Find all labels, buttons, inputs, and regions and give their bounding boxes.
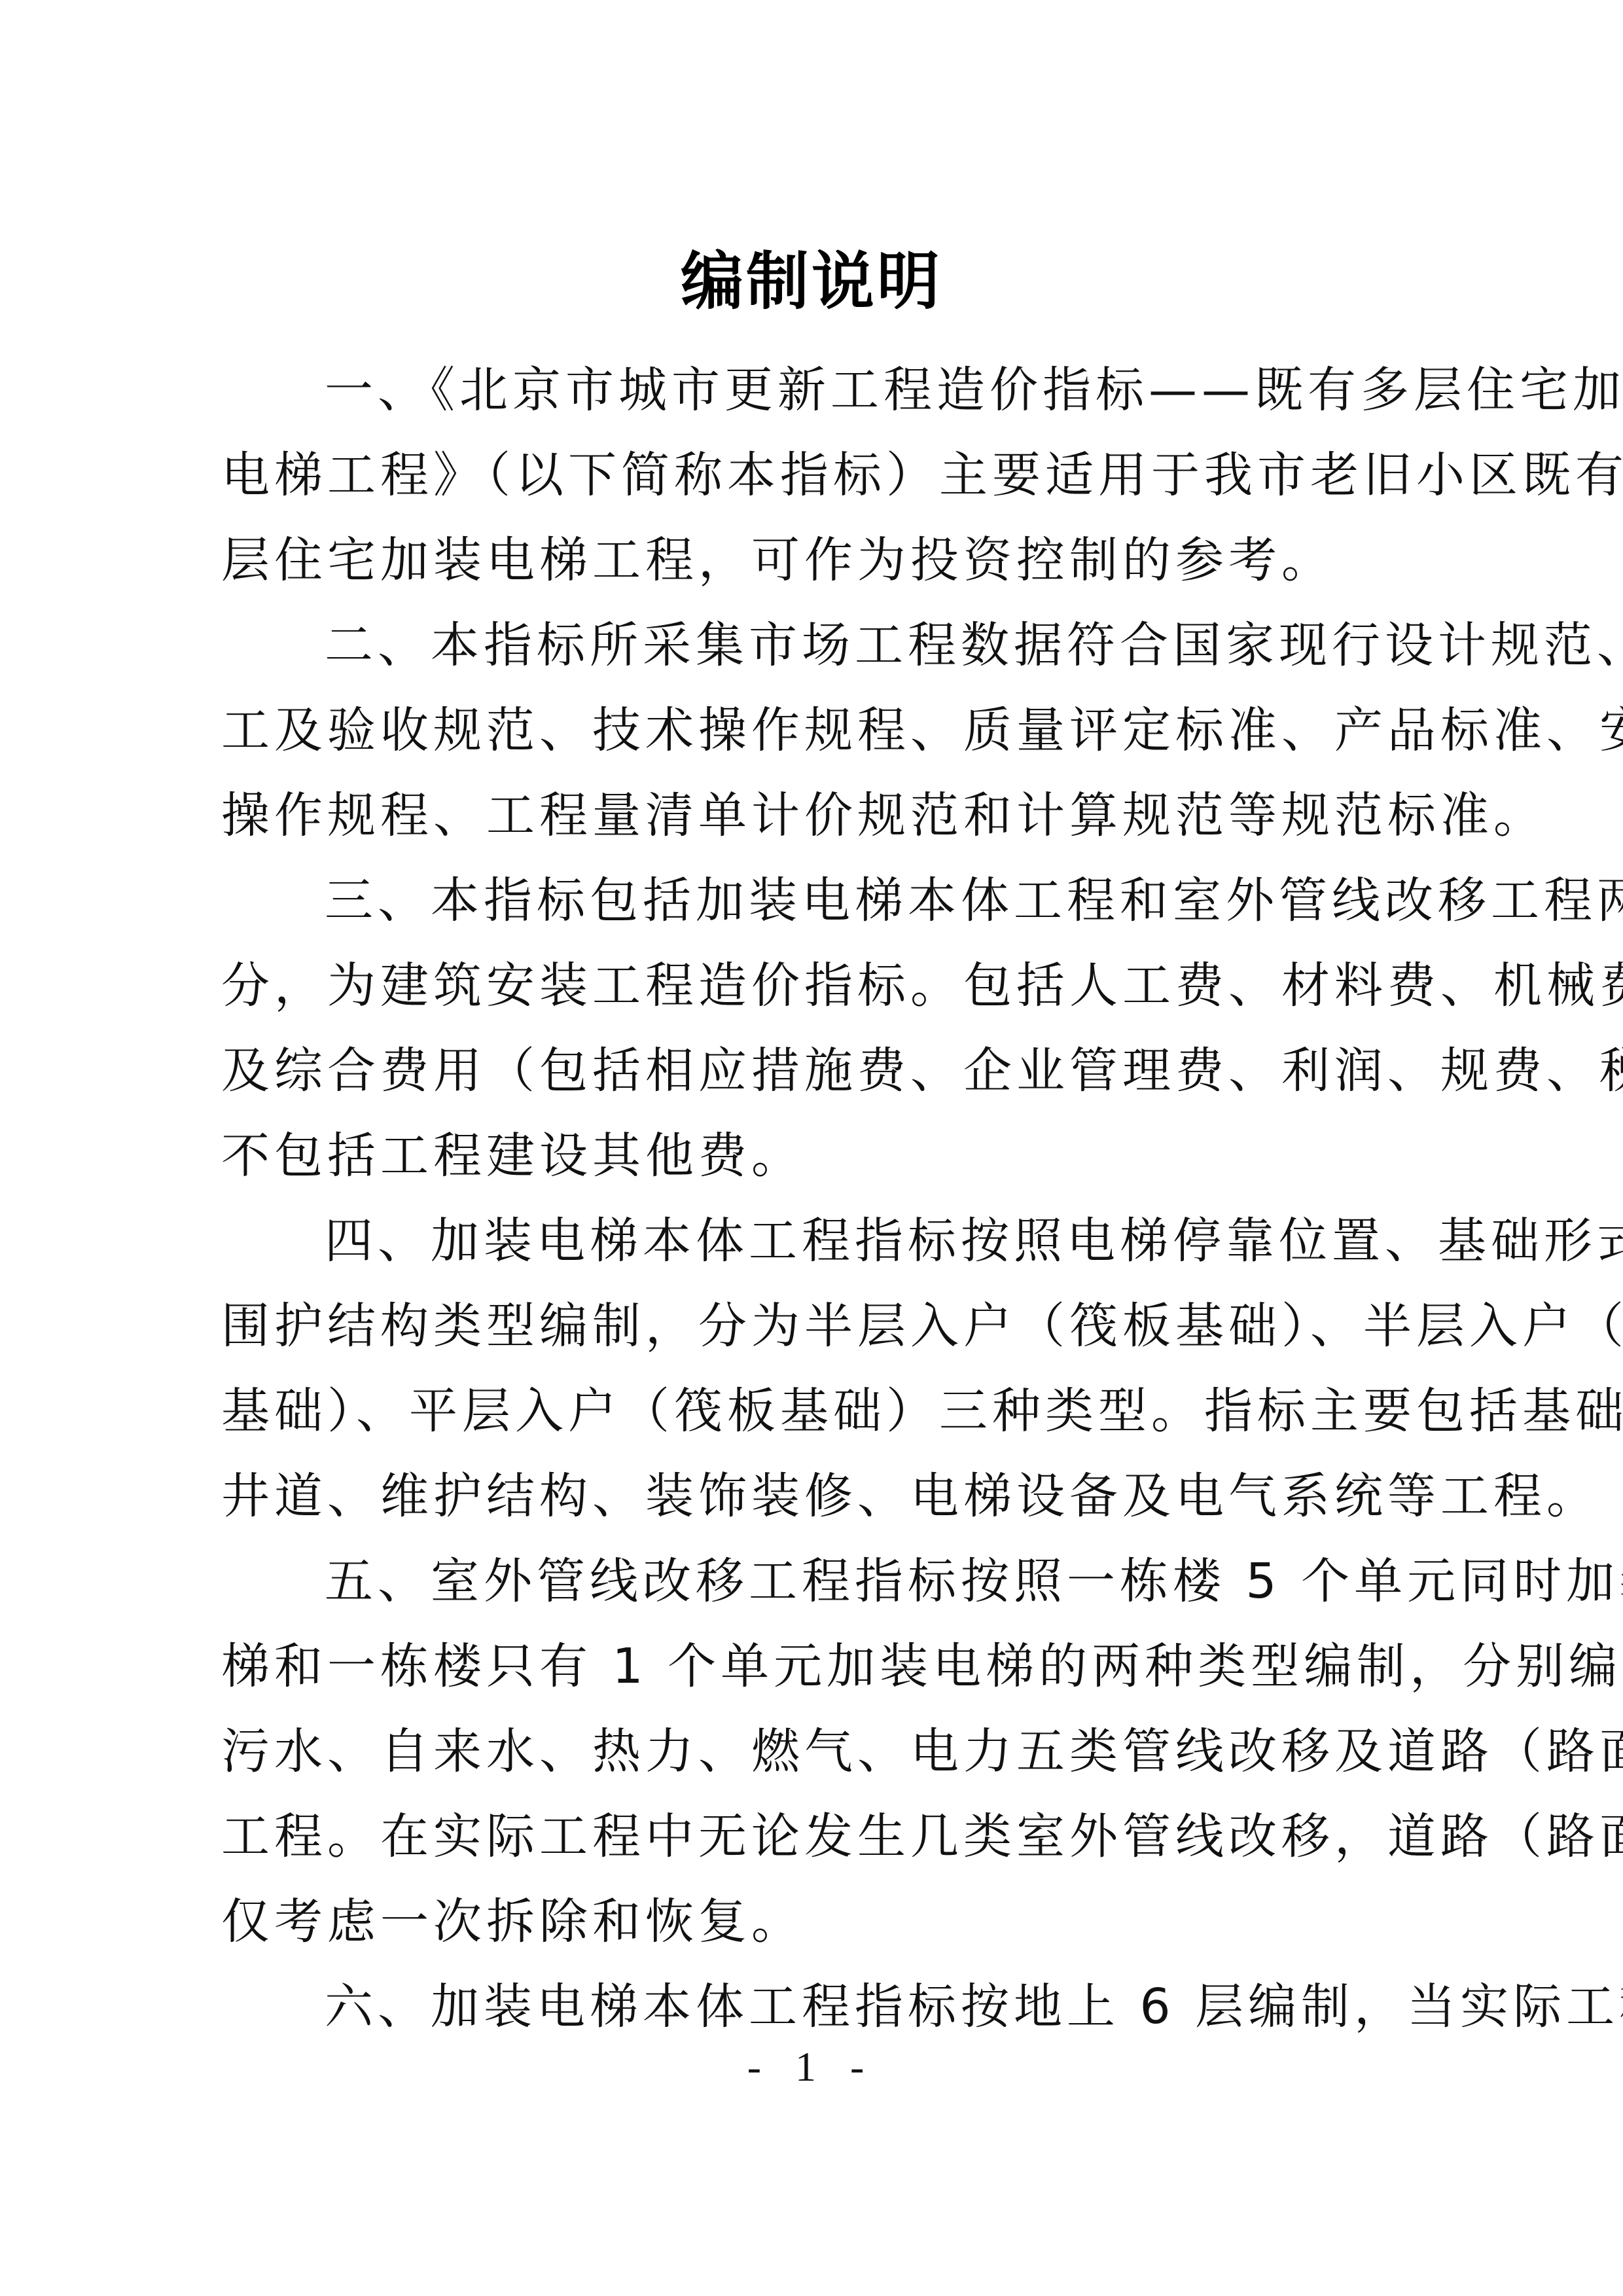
paragraph-2: 二、本指标所采集市场工程数据符合国家现行设计规范、施 工及验收规范、技术操作规程… (221, 614, 1406, 869)
page-number: - 1 - (0, 2041, 1623, 2093)
paragraph-line: 二、本指标所采集市场工程数据符合国家现行设计规范、施 (221, 614, 1406, 699)
paragraph-line: 污水、自来水、热力、燃气、电力五类管线改移及道路（路面） (221, 1720, 1406, 1805)
paragraph-line: 四、加装电梯本体工程指标按照电梯停靠位置、基础形式和 (221, 1210, 1406, 1295)
document-page: 编制说明 一、《北京市城市更新工程造价指标——既有多层住宅加装 电梯工程》（以下… (0, 0, 1623, 2296)
paragraph-line: 围护结构类型编制，分为半层入户（筏板基础）、半层入户（桩 (221, 1295, 1406, 1380)
paragraph-4: 四、加装电梯本体工程指标按照电梯停靠位置、基础形式和 围护结构类型编制，分为半层… (221, 1210, 1406, 1550)
page-title: 编制说明 (0, 245, 1623, 317)
paragraph-5: 五、室外管线改移工程指标按照一栋楼 5 个单元同时加装电 梯和一栋楼只有 1 个… (221, 1550, 1406, 1975)
paragraph-line: 层住宅加装电梯工程，可作为投资控制的参考。 (221, 529, 1406, 614)
paragraph-line: 电梯工程》（以下简称本指标）主要适用于我市老旧小区既有多 (221, 444, 1406, 529)
paragraph-line: 及综合费用（包括相应措施费、企业管理费、利润、规费、税金）， (221, 1039, 1406, 1124)
paragraph-line: 工及验收规范、技术操作规程、质量评定标准、产品标准、安全 (221, 699, 1406, 784)
paragraph-line: 仅考虑一次拆除和恢复。 (221, 1890, 1406, 1975)
document-body: 一、《北京市城市更新工程造价指标——既有多层住宅加装 电梯工程》（以下简称本指标… (221, 359, 1406, 2060)
paragraph-line: 操作规程、工程量清单计价规范和计算规范等规范标准。 (221, 784, 1406, 869)
paragraph-line: 工程。在实际工程中无论发生几类室外管线改移，道路（路面） (221, 1805, 1406, 1890)
paragraph-line: 三、本指标包括加装电梯本体工程和室外管线改移工程两部 (221, 869, 1406, 954)
paragraph-line: 五、室外管线改移工程指标按照一栋楼 5 个单元同时加装电 (221, 1550, 1406, 1635)
paragraph-line: 梯和一栋楼只有 1 个单元加装电梯的两种类型编制，分别编制了 (221, 1635, 1406, 1720)
paragraph-line: 井道、维护结构、装饰装修、电梯设备及电气系统等工程。 (221, 1465, 1406, 1550)
paragraph-line: 一、《北京市城市更新工程造价指标——既有多层住宅加装 (221, 359, 1406, 444)
paragraph-line: 基础）、平层入户（筏板基础）三种类型。指标主要包括基础、 (221, 1380, 1406, 1465)
paragraph-line: 分，为建筑安装工程造价指标。包括人工费、材料费、机械费以 (221, 954, 1406, 1039)
paragraph-3: 三、本指标包括加装电梯本体工程和室外管线改移工程两部 分，为建筑安装工程造价指标… (221, 869, 1406, 1210)
paragraph-line: 不包括工程建设其他费。 (221, 1124, 1406, 1210)
paragraph-1: 一、《北京市城市更新工程造价指标——既有多层住宅加装 电梯工程》（以下简称本指标… (221, 359, 1406, 614)
